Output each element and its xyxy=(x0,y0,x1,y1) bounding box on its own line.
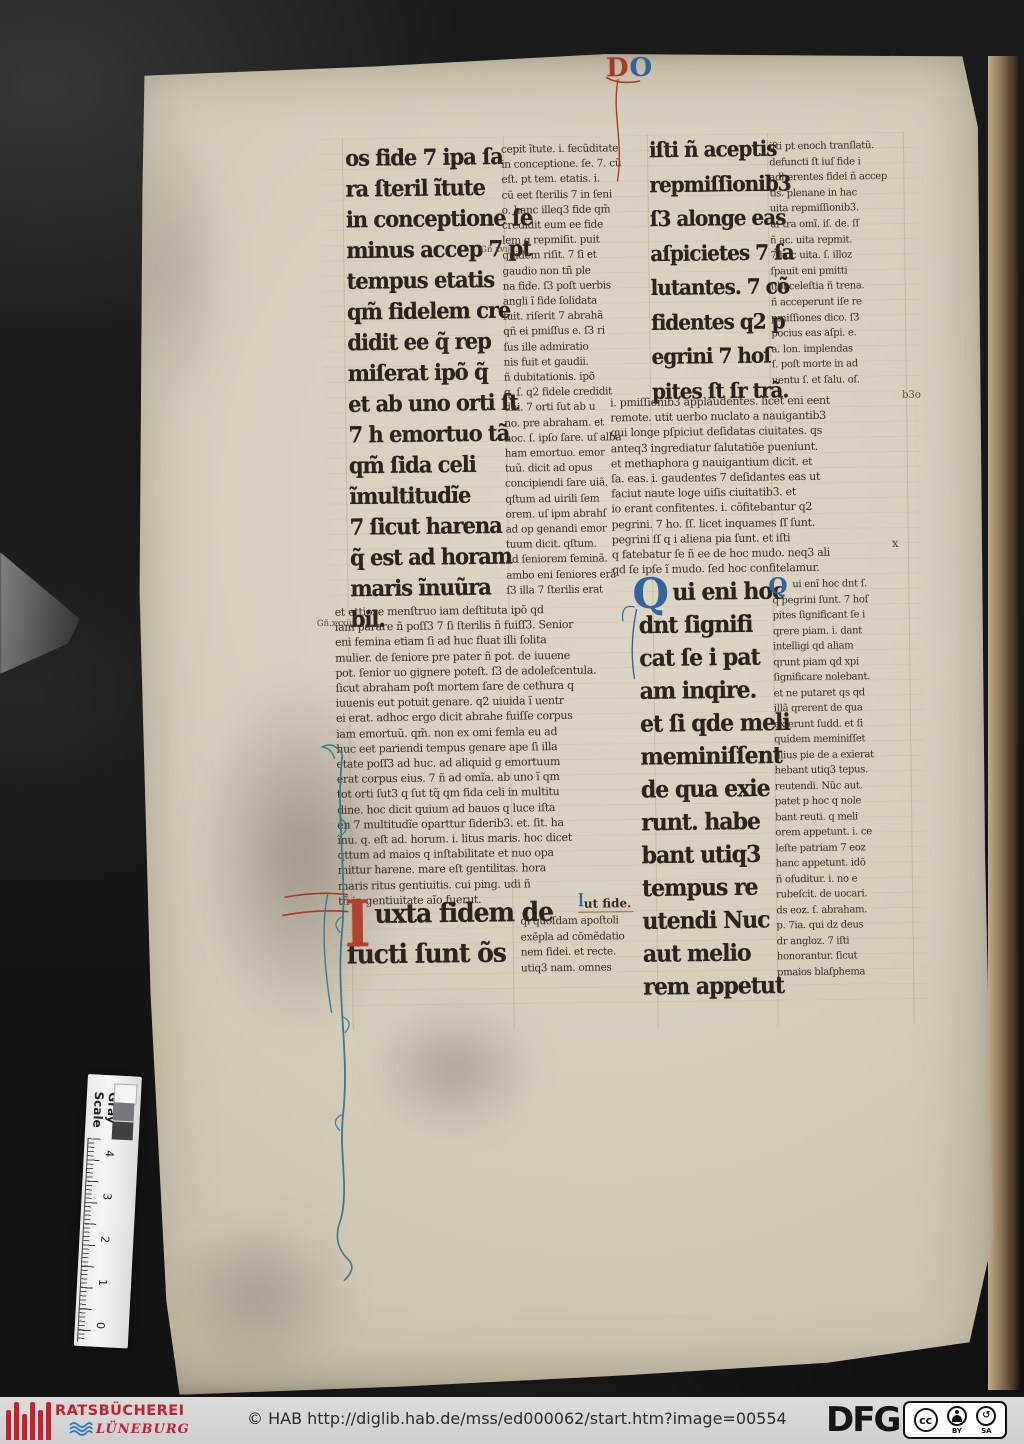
text-line: ſpauit eni pmitti xyxy=(770,263,902,280)
text-line: pmiſſiones dico. ſ3 xyxy=(771,309,903,326)
text-line: uſ tra omĩ. iſ. de. ſſ xyxy=(770,216,902,233)
cc-sa-icon: ↺ xyxy=(976,1406,996,1426)
text-line: ſibi celeſtia ñ trena. xyxy=(771,278,903,295)
credit-line: © HAB http://diglib.hab.de/mss/ed000062/… xyxy=(247,1409,787,1428)
rubric-bottom-left: uxta fidem defucti ſunt õs xyxy=(346,892,523,975)
text-line: uita repmiſſionib3. xyxy=(770,200,902,217)
cc-by-label: BY xyxy=(952,1427,962,1435)
text-line: qrere piam. i. dant xyxy=(773,622,907,639)
text-line: et ne putaret qs qd xyxy=(774,684,908,701)
text-line: exierunt ſudd. et ſi xyxy=(774,715,908,732)
text-line: lutantes. 7 cõ xyxy=(651,269,773,305)
text-line: maris ĩnuũra xyxy=(350,571,516,604)
text-line: uxta fidem de xyxy=(346,892,522,934)
ruler-number: 2 xyxy=(98,1236,111,1244)
person-icon xyxy=(952,1410,962,1422)
text-line: rem appetut xyxy=(643,970,781,1005)
text-line: qm̃ ſida celi xyxy=(349,448,515,481)
library-logo-icon xyxy=(6,1400,51,1440)
text-line: cat ſe i pat xyxy=(639,641,777,676)
text-line: ra ſteril ĩtute xyxy=(345,171,511,204)
text-line: am inqire. xyxy=(639,674,777,709)
cc-by-icon xyxy=(947,1406,967,1426)
text-line: uentu ſ. et ſalu. oſ. xyxy=(772,372,904,389)
initial-q-blue-gloss: Q xyxy=(768,573,787,599)
library-name-line2: LÜNEBURG xyxy=(96,1422,190,1437)
footer-bar: RATSBÜCHEREI LÜNEBURG © HAB http://digli… xyxy=(0,1397,1024,1444)
text-line: na fide. ſ3 poſt uerbis xyxy=(503,278,653,295)
text-line: q̃ est ad horam xyxy=(350,540,516,573)
ruler-number: 4 xyxy=(103,1150,116,1158)
text-line: iſti pt enoch tranſlatũ. xyxy=(769,138,901,155)
gloss-column-top-right: iſti pt enoch tranſlatũ.defuncti ſt iuſ … xyxy=(769,138,904,389)
text-line: a. lon. implendas xyxy=(771,341,903,358)
cc-license-badge: cc BY ↺ SA xyxy=(903,1401,1007,1439)
gray-patch-white xyxy=(113,1083,137,1104)
text-line: qm̃ fidelem cre xyxy=(347,294,513,327)
text-line: de qua exie xyxy=(641,773,779,808)
text-line: hanc appetunt. idõ xyxy=(776,855,910,872)
text-line: dr angloz. 7 iſti xyxy=(777,932,911,949)
text-line: tempus re xyxy=(642,871,780,906)
cc-icon: cc xyxy=(914,1408,938,1432)
text-line: pocius eas aſpi. e. xyxy=(771,325,903,342)
text-line: et ſi qde meli xyxy=(640,707,778,742)
text-line: honorantur. ſicut xyxy=(777,948,911,965)
text-line: aſpicietes 7 ſa xyxy=(650,235,772,271)
text-line: quidem meminiſſet xyxy=(774,731,908,748)
text-line: fidentes q2 p xyxy=(651,304,773,340)
text-line: ſ3 alonge eas xyxy=(650,200,772,236)
text-line: bant utiq3 xyxy=(641,838,779,873)
ruler-number: 1 xyxy=(96,1279,109,1287)
text-line: pites ſignificant ſe i xyxy=(773,607,907,624)
gray-scale-ruler: Gray Scale 4 3 2 1 0 xyxy=(74,1074,142,1348)
library-name: RATSBÜCHEREI LÜNEBURG xyxy=(55,1403,190,1437)
dfg-logo: DFG xyxy=(826,1400,899,1440)
text-line: patet p hoc q nole xyxy=(775,793,909,810)
text-line: runt. habe xyxy=(641,805,779,840)
text-line: meminiſſent xyxy=(640,740,778,775)
running-title: DO xyxy=(606,53,654,84)
text-line: ñ ofuditur. i. no e xyxy=(776,870,910,887)
waves-icon xyxy=(69,1421,93,1437)
gloss-block-wide-left: et ettioze menſtruo iam deſtituta ipõ qd… xyxy=(335,601,647,909)
text-line: ñ ac. uita repmit. xyxy=(770,231,902,248)
translucent-strip xyxy=(0,552,80,674)
library-name-line1: RATSBÜCHEREI xyxy=(55,1403,190,1419)
text-line: q pegrini ſunt. 7 hoſ xyxy=(772,591,906,608)
text-line: adherentes fidei ñ accep xyxy=(769,169,901,186)
text-line: ui enĩ hoc dnt ſ. xyxy=(772,576,906,593)
gloss-block-wide-right: i. pmiſſionib3 applaudentes. licet eni e… xyxy=(610,392,908,578)
text-line: leſte patriam 7 eoz xyxy=(775,839,909,856)
photography-stage: DO os fide 7 ipa ſara ſteril ĩtutein con… xyxy=(0,0,1024,1444)
smudge xyxy=(333,972,575,1165)
text-line: 7 ſicut harena xyxy=(349,509,515,542)
book-fore-edge xyxy=(988,56,1020,1390)
cc-sa-label: SA xyxy=(981,1427,991,1435)
smudge xyxy=(116,1174,399,1417)
text-line: os fide 7 ipa ſa xyxy=(345,141,511,174)
text-line: repmiſſionib3 xyxy=(649,166,771,202)
text-line: iſti ñ aceptis xyxy=(649,131,771,167)
marginal-note: b3o xyxy=(902,390,921,401)
text-line: defuncti ſt iuſ fide i xyxy=(769,153,901,170)
text-line: rubeſcit. de uocari. xyxy=(776,886,910,903)
text-line: orem appetunt. i. ce xyxy=(775,824,909,841)
text-line: intelligi qd aliam xyxy=(773,638,907,655)
text-line: tis. plenane in hac xyxy=(769,185,901,202)
text-line: ĩmultitudĩe xyxy=(349,479,515,512)
manuscript-page: DO os fide 7 ipa ſara ſteril ĩtutein con… xyxy=(122,47,1000,1395)
lemma-column-top-right: iſti ñ aceptisrepmiſſionib3ſ3 alonge eas… xyxy=(649,131,774,408)
text-line: utiq3 nam. omnes xyxy=(521,959,681,976)
text-line: egrini 7 hoſ xyxy=(651,338,773,374)
text-line: bant reuti. q meli xyxy=(775,808,909,825)
text-line: 7 hoc uita. ſ. illoz xyxy=(770,247,902,264)
text-line: pmaios blaſphema xyxy=(777,963,911,980)
text-line: ſignificare nolebant. xyxy=(773,669,907,686)
text-line: qrunt piam qd xpi xyxy=(773,653,907,670)
text-line: et ab uno orti ſt xyxy=(348,386,514,419)
library-logo: RATSBÜCHEREI LÜNEBURG xyxy=(6,1400,190,1440)
text-line: illius pie de a exierat xyxy=(774,746,908,763)
initial-q-blue-lemma: Q xyxy=(632,569,669,618)
gray-patch-dark xyxy=(112,1121,134,1140)
smudge xyxy=(92,56,257,478)
marginal-note: Gñ.xxxiij. xyxy=(317,618,357,628)
initial-i-blue: I xyxy=(578,890,584,911)
gloss-heading-middle: Iut fide. xyxy=(578,896,633,913)
initial-i-red: I xyxy=(344,886,371,962)
text-line: reutendi. Nũc aut. xyxy=(775,777,909,794)
text-line: p. 7ia. qui dz deus xyxy=(776,917,910,934)
text-line: in conceptione ſe xyxy=(346,202,512,235)
text-line: ds eoz. ſ. abraham. xyxy=(776,901,910,918)
text-line: tempus etatis xyxy=(346,264,512,297)
ruler-number: 0 xyxy=(94,1322,107,1330)
text-line: 7 h emortuo tã xyxy=(348,417,514,450)
marginal-note: Gñ xvij xyxy=(480,245,510,255)
running-title-letter-blue: O xyxy=(629,53,653,83)
gloss-block-bottom-middle: qi quoſdam apoſtoliexẽpla ad cõmẽdatione… xyxy=(512,913,681,977)
text-line: ſ. poſt morte in ad xyxy=(772,356,904,373)
text-line: hebant utiq3 tepus. xyxy=(775,762,909,779)
gloss-column-bottom-right: ui enĩ hoc dnt ſ.q pegrini ſunt. 7 hoſpi… xyxy=(772,576,911,981)
gloss-heading-text: ut fide. xyxy=(584,896,632,911)
lemma-column-top-left: os fide 7 ipa ſara ſteril ĩtutein concep… xyxy=(345,141,517,635)
running-title-letter-red: D xyxy=(606,53,630,83)
marginal-note: x xyxy=(892,536,899,550)
text-line: ñ acceperunt iſe re xyxy=(771,294,903,311)
text-line: didit ee q̃ rep xyxy=(347,325,513,358)
text-line: illã qrerent de qua xyxy=(774,700,908,717)
text-line: fucti ſunt õs xyxy=(347,933,523,975)
ruler-number: 3 xyxy=(100,1193,113,1201)
gray-patch-mid xyxy=(113,1102,135,1121)
text-line: miſerat ipõ q̃ xyxy=(348,356,514,389)
